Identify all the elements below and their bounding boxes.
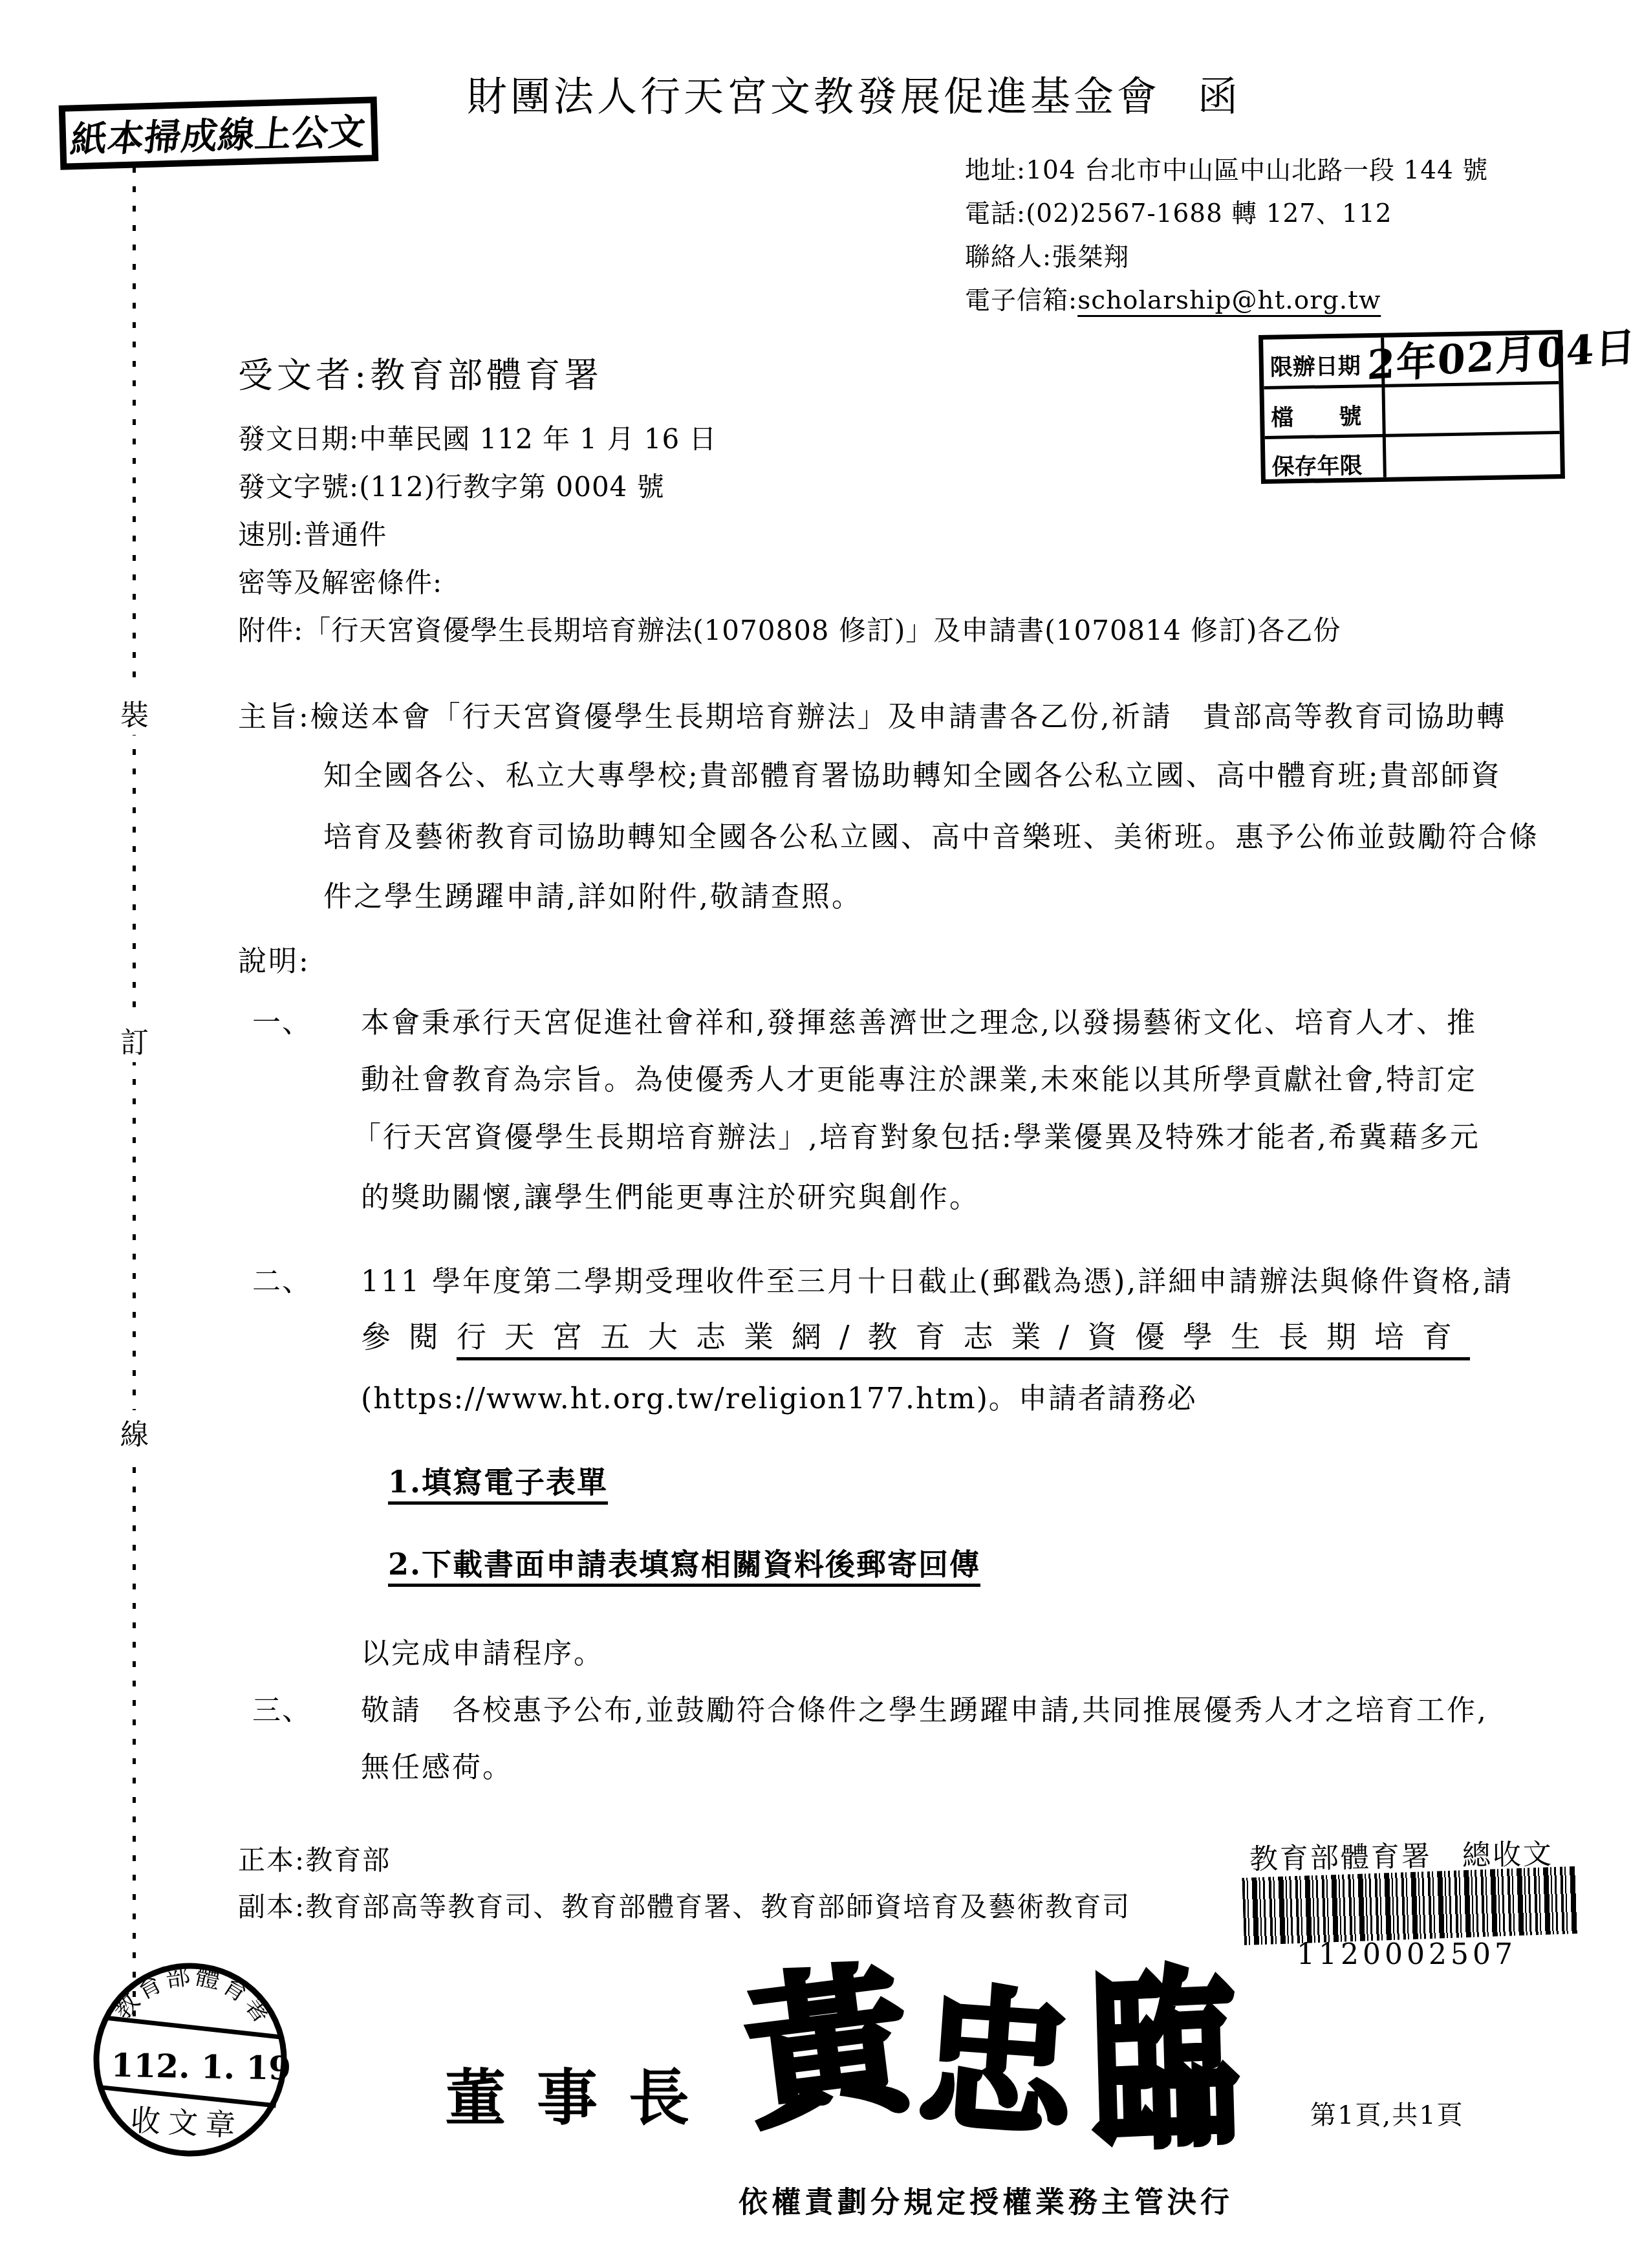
item3-line-1: 敬請 各校惠予公布,並鼓勵符合條件之學生踴躍申請,共同推展優秀人才之培育工作, xyxy=(361,1687,1488,1728)
receive-number: 1120002507 xyxy=(1297,1938,1517,1971)
item3-line-2: 無任感荷。 xyxy=(361,1744,513,1785)
delegation-note: 依權責劃分規定授權業務主管決行 xyxy=(739,2179,1233,2221)
item1-line-1: 本會秉承行天宮促進社會祥和,發揮慈善濟世之理念,以發揚藝術文化、培育人才、推 xyxy=(361,999,1477,1041)
sender-email-label: 電子信箱: xyxy=(965,286,1077,315)
original-recipient-line: 正本:教育部 xyxy=(238,1837,1130,1884)
portal-path-text: 行天宮五大志業網/教育志業/資優學生長期培育 xyxy=(457,1319,1470,1354)
signature-char-3: 臨 xyxy=(1089,1965,1240,2161)
application-step-1: 1.填寫電子表單 xyxy=(388,1459,608,1501)
issue-number-line: 發文字號:(112)行教字第 0004 號 xyxy=(238,463,1341,511)
binding-perforation-line xyxy=(133,167,136,2030)
sender-contact-block: 地址:104 台北市中山區中山北路一段 144 號 電話:(02)2567-16… xyxy=(965,149,1488,322)
sender-phone: 電話:(02)2567-1688 轉 127、112 xyxy=(965,192,1488,235)
sender-address: 地址:104 台北市中山區中山北路一段 144 號 xyxy=(965,149,1488,192)
item2-line-2-prefix: 參閱 xyxy=(361,1319,457,1354)
page-number: 第1頁,共1頁 xyxy=(1310,2095,1464,2132)
application-step-2: 2.下載書面申請表填寫相關資料後郵寄回傳 xyxy=(388,1541,980,1584)
item3-marker: 三、 xyxy=(252,1687,312,1728)
issue-date-line: 發文日期:中華民國 112 年 1 月 16 日 xyxy=(238,415,1341,463)
signature-char-2: 忠 xyxy=(914,1981,1079,2146)
distribution-block: 正本:教育部 副本:教育部高等教育司、教育部體育署、教育部師資培育及藝術教育司 xyxy=(238,1837,1130,1930)
item2-closing: 以完成申請程序。 xyxy=(361,1630,604,1672)
subject-line-1: 主旨:檢送本會「行天宮資優學生長期培育辦法」及申請書各乙份,祈請 貴部高等教育司… xyxy=(238,693,1507,735)
chairman-title: 董事長 xyxy=(445,2049,720,2137)
attachment-line: 附件:「行天宮資優學生長期培育辦法(1070808 修訂)」及申請書(10708… xyxy=(238,607,1341,655)
sender-contact-person: 聯絡人:張桀翔 xyxy=(965,235,1488,279)
item2-line-1: 111 學年度第二學期受理收件至三月十日截止(郵戳為憑),詳細申請辦法與條件資格… xyxy=(361,1258,1513,1300)
receive-date-round-stamp: 教育部體育署 112. 1. 19 件 收文章 xyxy=(84,1954,297,2167)
recipient-line: 受文者:教育部體育署 xyxy=(238,348,603,398)
security-class-line: 密等及解密條件: xyxy=(238,559,1341,607)
item1-marker: 一、 xyxy=(252,999,312,1041)
round-stamp-date: 112. 1. 19 件 xyxy=(111,2046,297,2088)
item1-line-2: 動社會教育為宗旨。為使優秀人才更能專注於課業,未來能以其所學貢獻社會,特訂定 xyxy=(361,1056,1477,1098)
sender-email: scholarship@ht.org.tw xyxy=(1077,286,1381,315)
binding-mark-zhuang: 裝 xyxy=(120,691,149,735)
issuer-name: 財團法人行天宮文教發展促進基金會 xyxy=(467,73,1160,120)
signature-char-1: 黃 xyxy=(738,1957,918,2138)
receive-barcode xyxy=(1242,1866,1577,1945)
copy-recipients-line: 副本:教育部高等教育司、教育部體育署、教育部師資培育及藝術教育司 xyxy=(238,1884,1130,1930)
document-title: 財團法人行天宮文教發展促進基金會函 xyxy=(467,65,1241,122)
document-type-label: 函 xyxy=(1198,73,1241,120)
binding-mark-xian: 線 xyxy=(120,1410,149,1454)
item2-marker: 二、 xyxy=(252,1258,312,1300)
explanation-heading: 說明: xyxy=(238,938,310,979)
chairman-signature: 黃 忠 臨 xyxy=(747,1967,1237,2128)
binding-mark-ding: 訂 xyxy=(120,1018,149,1062)
round-stamp-bottom-text: 收文章 xyxy=(130,2102,244,2143)
deadline-label: 限辦日期 xyxy=(1269,348,1361,382)
item1-line-4: 的獎助關懷,讓學生們能更專注於研究與創作。 xyxy=(361,1174,980,1216)
item2-line-3-url: (https://www.ht.org.tw/religion177.htm)。… xyxy=(361,1375,1197,1417)
subject-line-3: 培育及藝術教育司協助轉知全國各公私立國、高中音樂班、美術班。惠予公佈並鼓勵符合條 xyxy=(323,814,1539,855)
document-meta-block: 發文日期:中華民國 112 年 1 月 16 日 發文字號:(112)行教字第 … xyxy=(238,415,1341,655)
item2-line-2: 參閱行天宮五大志業網/教育志業/資優學生長期培育 xyxy=(361,1313,1470,1356)
handwritten-deadline-date: 2年02月04日 xyxy=(1366,314,1631,391)
sender-email-line: 電子信箱:scholarship@ht.org.tw xyxy=(965,279,1488,322)
subject-line-2: 知全國各公、私立大專學校;貴部體育署協助轉知全國各公私立國、高中體育班;貴部師資 xyxy=(323,752,1502,794)
speed-class-line: 速別:普通件 xyxy=(238,511,1341,559)
paper-scanned-stamp: 紙本掃成線上公文 xyxy=(59,96,379,170)
round-stamp-lower-line xyxy=(102,2088,276,2106)
item1-line-3: 「行天宮資優學生長期培育辦法」,培育對象包括:學業優異及特殊才能者,希冀藉多元 xyxy=(352,1114,1480,1155)
subject-line-4: 件之學生踴躍申請,詳如附件,敬請查照。 xyxy=(323,873,862,915)
